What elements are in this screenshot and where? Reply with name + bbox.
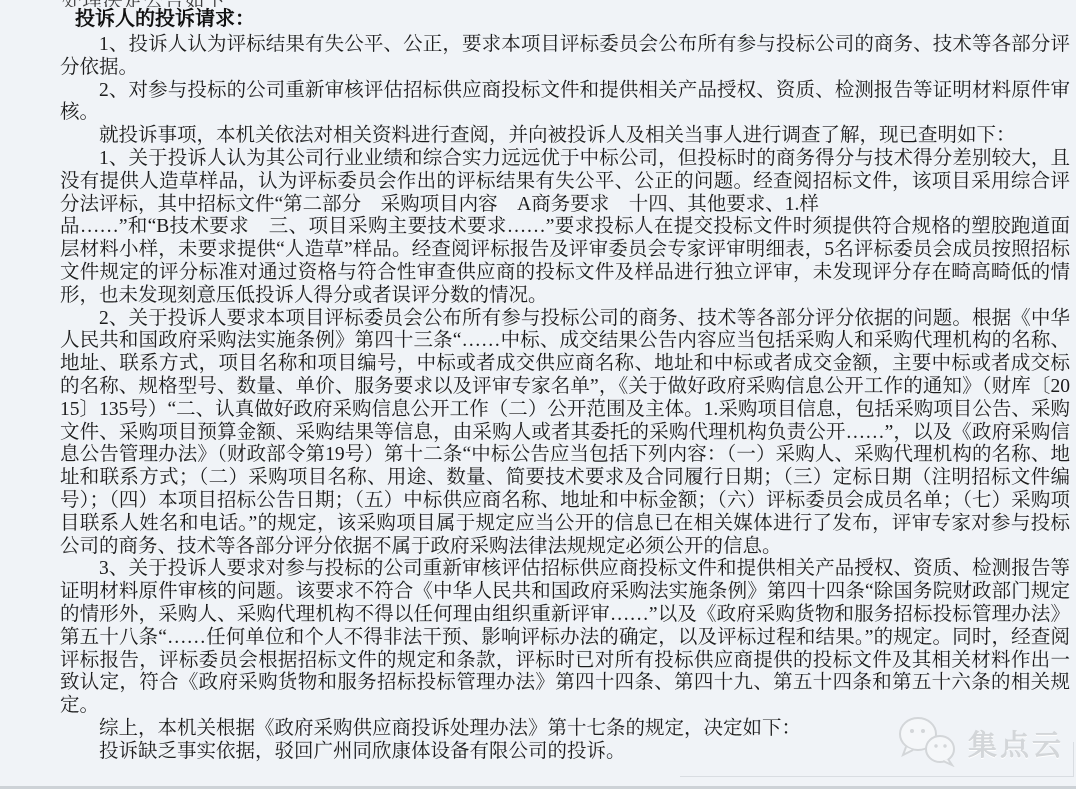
paragraph: 2、关于投诉人要求本项目评标委员会公布所有参与投标公司的商务、技术等各部分评分依… [60,308,1070,559]
paragraph-list: 1、投诉人认为评标结果有失公平、公正，要求本项目评标委员会公布所有参与投标公司的… [60,34,1070,764]
paragraph: 综上，本机关根据《政府采购供应商投诉处理办法》第十七条的规定，决定如下： [60,718,1070,741]
paragraph: 2、对参与投标的公司重新审核评估招标供应商投标文件和提供相关产品授权、资质、检测… [60,80,1070,126]
section-heading: 投诉人的投诉请求： [60,6,1070,32]
document-body: 投诉人的投诉请求： 1、投诉人认为评标结果有失公平、公正，要求本项目评标委员会公… [60,6,1070,764]
page-corner-border [680,742,1074,777]
paragraph: 3、关于投诉人要求对参与投标的公司重新审核评估招标供应商投标文件和提供相关产品授… [60,558,1070,718]
document-page: 处理决定公告如下 投诉人的投诉请求： 1、投诉人认为评标结果有失公平、公正，要求… [0,0,1076,789]
paragraph: 就投诉事项，本机关依法对相关资料进行查阅，并向被投诉人及相关当事人进行调查了解，… [60,125,1070,148]
paragraph: 1、关于投诉人认为其公司行业业绩和综合实力远远优于中标公司，但投标时的商务得分与… [60,148,1070,308]
paragraph: 1、投诉人认为评标结果有失公平、公正，要求本项目评标委员会公布所有参与投标公司的… [60,34,1070,80]
